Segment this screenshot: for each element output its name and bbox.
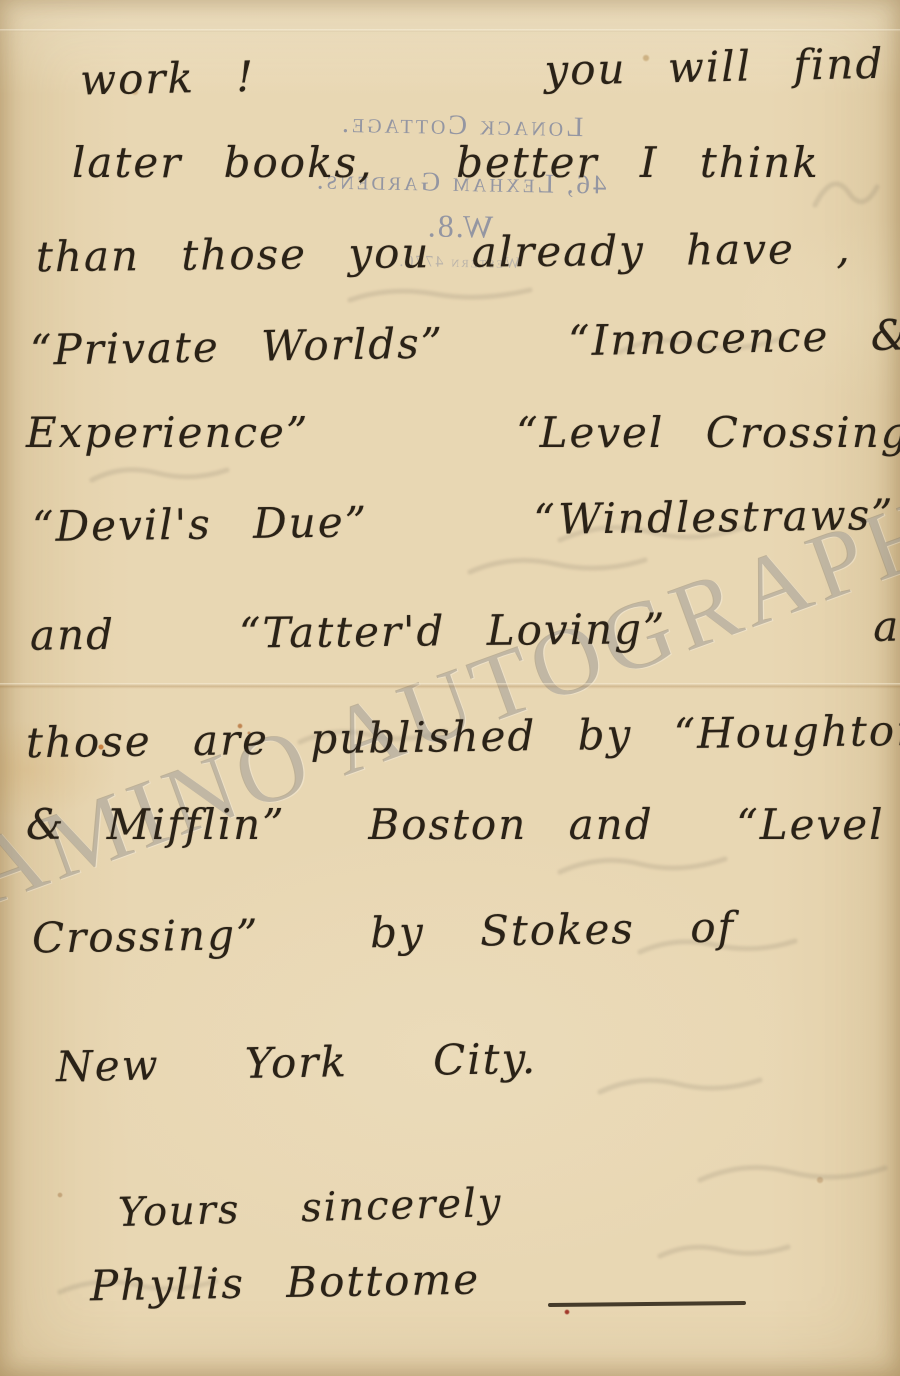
handwriting-line: than those you already have ,	[36, 228, 852, 279]
handwriting-line: New York City.	[56, 1038, 538, 1088]
closing-line: Yours sincerely	[118, 1183, 503, 1233]
handwriting-line-book-titles: Experience” “Level Crossing”	[26, 412, 900, 454]
fold-crease	[0, 683, 900, 689]
signature-line: Phyllis Bottome	[90, 1259, 481, 1308]
handwriting-line: Crossing” by Stokes of	[32, 906, 736, 959]
handwriting-line: those are published by “Houghton	[26, 710, 900, 765]
handwriting-line-book-titles: “Devil's Due” “Windlestraws”	[32, 494, 895, 548]
letter-page: Lonack Cottage. 46, Lexham Gardens. W.8.…	[0, 0, 900, 1376]
handwriting-line-book-titles: and “Tatter'd Loving” all	[30, 605, 900, 656]
handwriting-line: & Mifflin” Boston and “Level	[26, 804, 885, 846]
handwriting-line: later books, better I think	[72, 142, 820, 184]
